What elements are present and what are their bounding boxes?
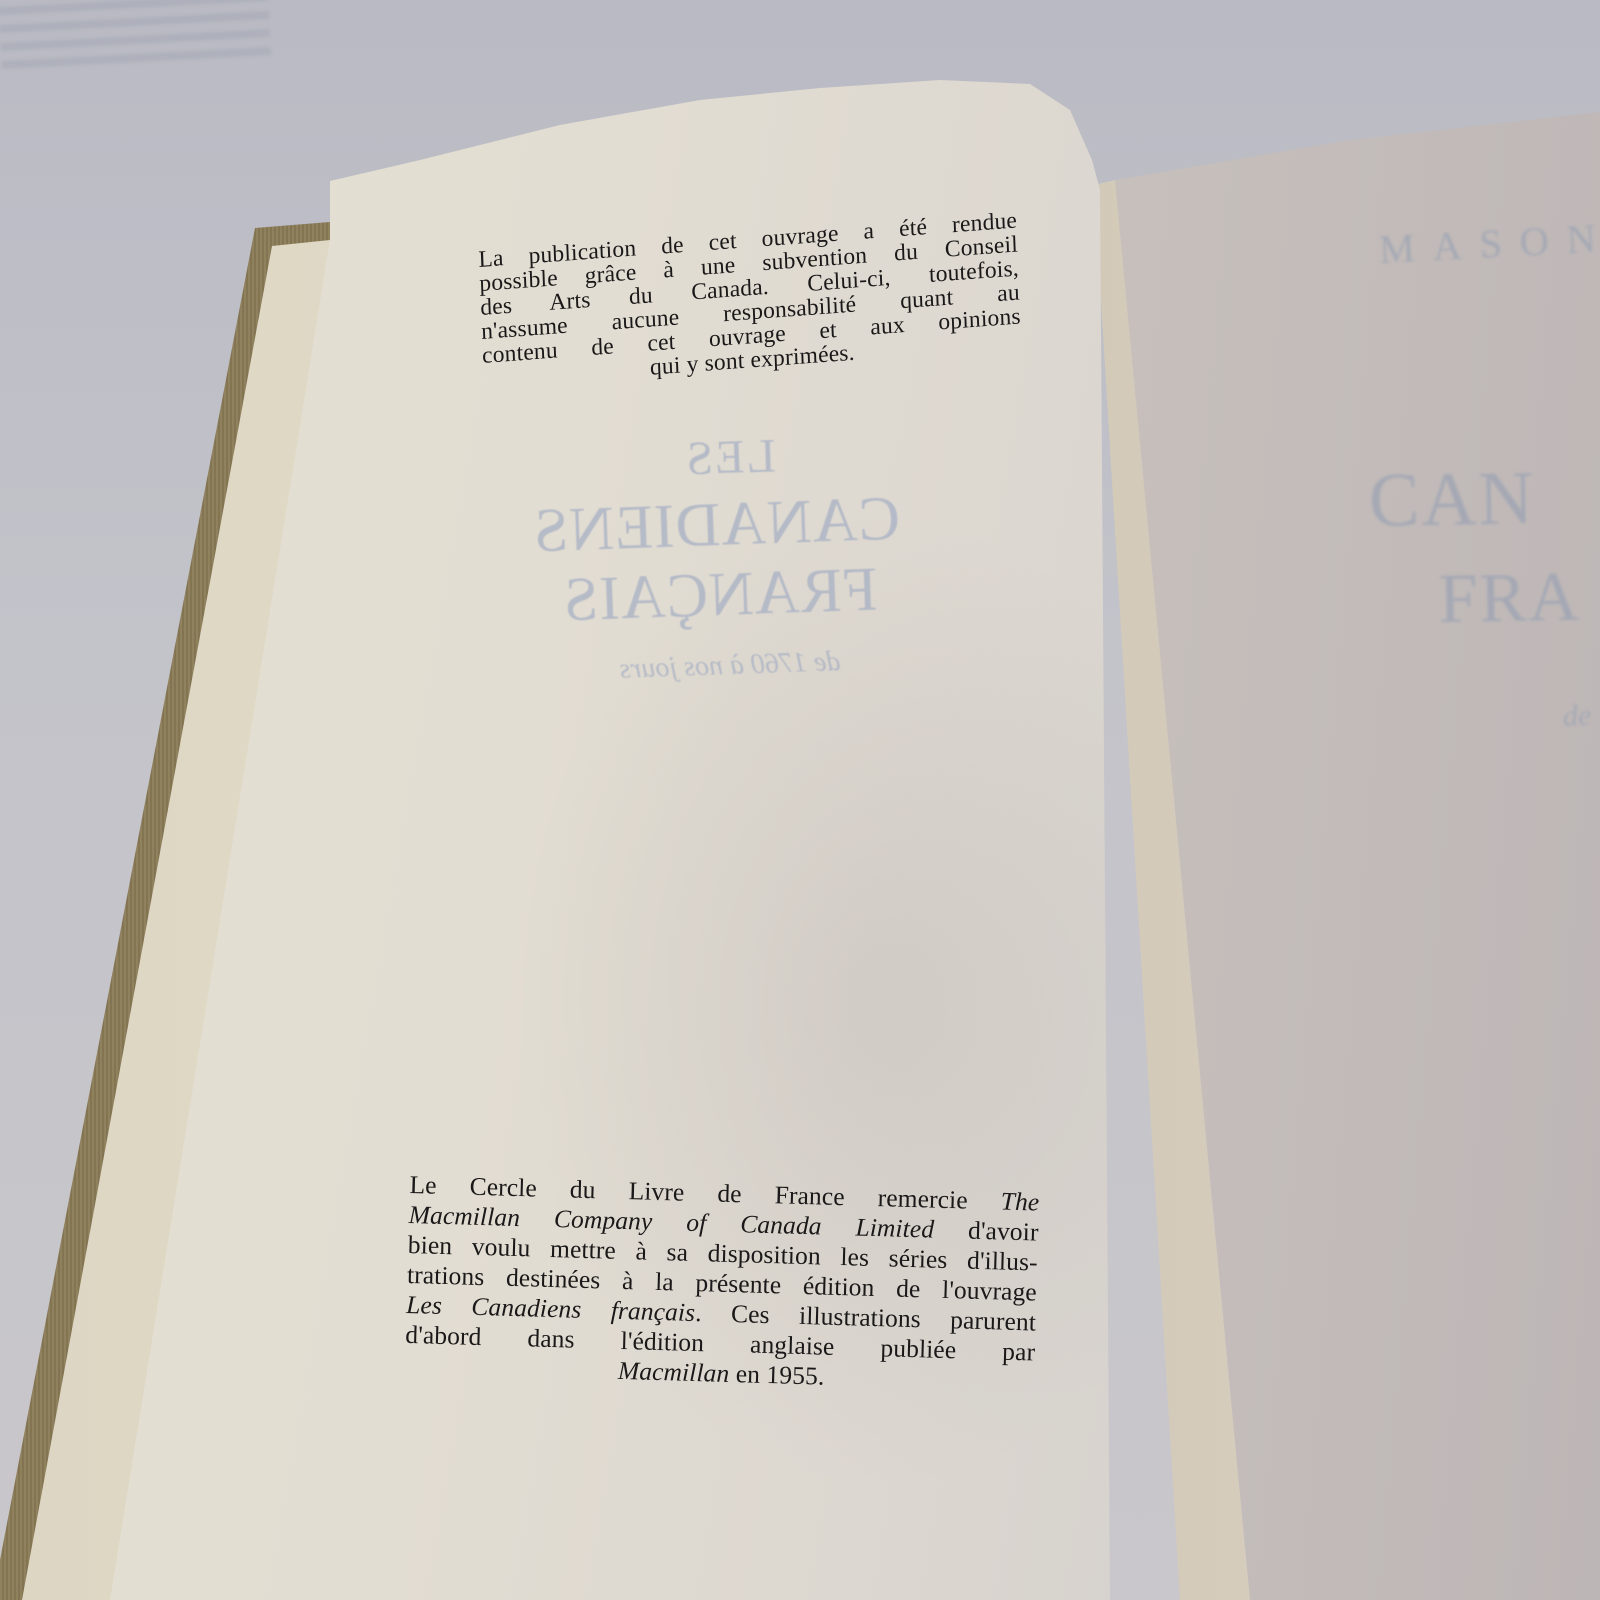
ack-text: d'avoir (968, 1216, 1039, 1247)
ack-italic-text: Macmillan (618, 1356, 730, 1388)
right-page-title-fragment-1: CAN (1368, 455, 1536, 545)
right-page-subtitle-fragment: de (1562, 699, 1592, 734)
book-photo-scene: LES CANADIENS FRANÇAIS de 1760 à nos jou… (0, 0, 1600, 1600)
right-page-title-fragment-2: FRA (1438, 558, 1582, 640)
ack-italic-text: The (1000, 1187, 1039, 1217)
acknowledgement-notice: Le Cercle du Livre de France remercie Th… (404, 1170, 1040, 1398)
right-page-illegible-lines (0, 0, 272, 77)
ack-text: en 1955. (735, 1359, 824, 1390)
show-through-title-line-3: FRANÇAIS (559, 554, 881, 636)
show-through-title-line-1: LES (659, 428, 801, 488)
